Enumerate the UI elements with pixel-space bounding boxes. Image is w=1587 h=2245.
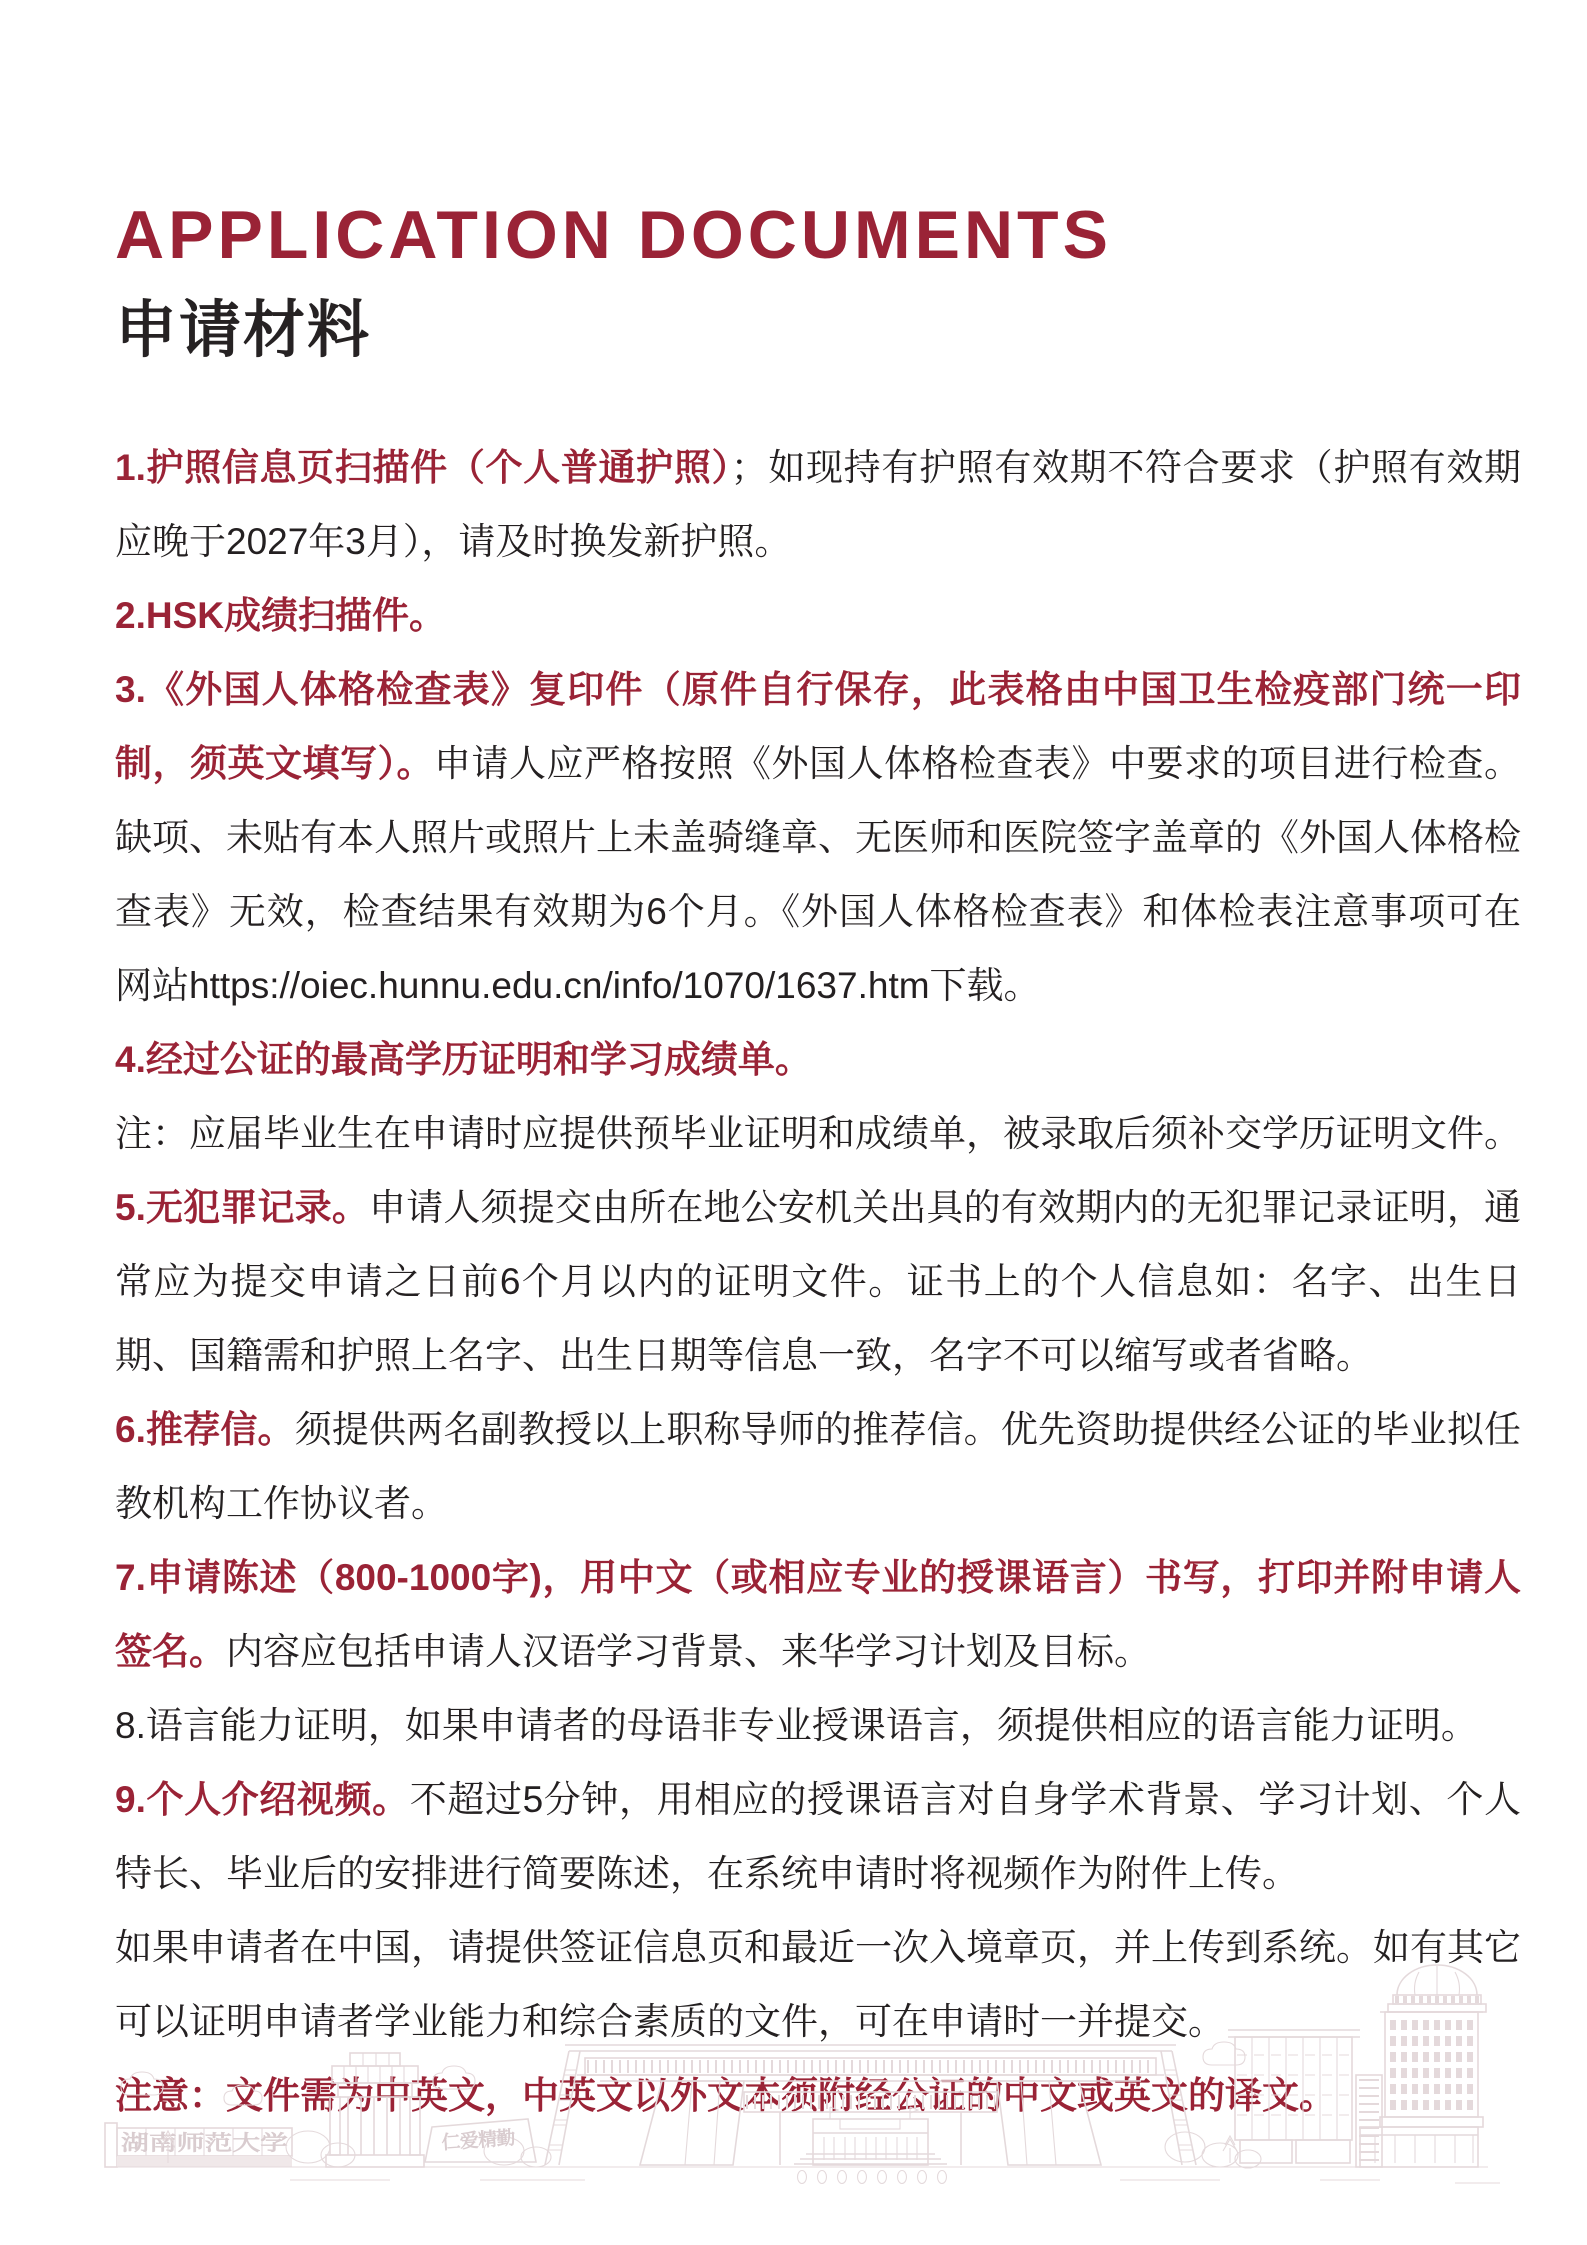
campus-line-art: 湖南师范大学	[80, 1955, 1540, 2185]
emphasis-text: 1.护照信息页扫描件（个人普通护照）	[115, 447, 731, 488]
document-item: 3.《外国人体格检查表》复印件（原件自行保存，此表格由中国卫生检疫部门统一印制，…	[115, 653, 1521, 1023]
gate-sign-text: 湖南师范大学	[121, 2131, 288, 2155]
document-item: 4.经过公证的最高学历证明和学习成绩单。	[115, 1023, 1521, 1097]
body-text: 8.语言能力证明，如果申请者的母语非专业授课语言，须提供相应的语言能力证明。	[115, 1705, 1478, 1746]
document-item: 8.语言能力证明，如果申请者的母语非专业授课语言，须提供相应的语言能力证明。	[115, 1689, 1521, 1763]
document-item: 注：应届毕业生在申请时应提供预毕业证明和成绩单，被录取后须补交学历证明文件。	[115, 1097, 1521, 1171]
document-item: 2.HSK成绩扫描件。	[115, 579, 1521, 653]
bollard-icon	[798, 2171, 947, 2184]
document-item: 7.申请陈述（800-1000字)，用中文（或相应专业的授课语言）书写，打印并附…	[115, 1541, 1521, 1689]
emphasis-text: 9.个人介绍视频。	[115, 1779, 410, 1820]
page-title-zh: 申请材料	[115, 298, 1520, 364]
document-item: 1.护照信息页扫描件（个人普通护照）；如现持有护照有效期不符合要求（护照有效期应…	[115, 431, 1521, 579]
document-item: 5.无犯罪记录。申请人须提交由所在地公安机关出具的有效期内的无犯罪记录证明，通常…	[115, 1171, 1521, 1393]
motto-text: 仁爱精勤	[441, 2126, 516, 2154]
document-item: 9.个人介绍视频。不超过5分钟，用相应的授课语言对自身学术背景、学习计划、个人特…	[115, 1763, 1521, 1911]
body-text: 注：应届毕业生在申请时应提供预毕业证明和成绩单，被录取后须补交学历证明文件。	[115, 1113, 1521, 1154]
ground-lines	[220, 2167, 1500, 2183]
midrise-building	[1228, 2030, 1382, 2167]
page-title-en: APPLICATION DOCUMENTS	[115, 201, 1520, 269]
gate-sign-wall: 湖南师范大学	[105, 2123, 302, 2167]
body-text: 内容应包括申请人汉语学习背景、来华学习计划及目标。	[226, 1631, 1151, 1672]
body-text: 须提供两名副教授以上职称导师的推荐信。优先资助提供经公证的毕业拟任教机构工作协议…	[115, 1409, 1521, 1524]
emphasis-text: 6.推荐信。	[115, 1409, 295, 1450]
emphasis-text: 5.无犯罪记录。	[115, 1187, 369, 1228]
motto-wall: 仁爱精勤	[425, 2119, 536, 2162]
emphasis-text: 4.经过公证的最高学历证明和学习成绩单。	[115, 1039, 812, 1080]
page-header: APPLICATION DOCUMENTS 申请材料	[115, 201, 1520, 364]
emphasis-text: 2.HSK成绩扫描件。	[115, 595, 446, 636]
campus-line-art-svg: 湖南师范大学	[80, 1955, 1540, 2185]
gate-tower	[326, 2053, 424, 2167]
main-building	[545, 2045, 1196, 2184]
document-item: 6.推荐信。须提供两名副教授以上职称导师的推荐信。优先资助提供经公证的毕业拟任教…	[115, 1393, 1521, 1541]
document-page: APPLICATION DOCUMENTS 申请材料 1.护照信息页扫描件（个人…	[0, 0, 1587, 2245]
document-body: 1.护照信息页扫描件（个人普通护照）；如现持有护照有效期不符合要求（护照有效期应…	[115, 431, 1521, 2133]
